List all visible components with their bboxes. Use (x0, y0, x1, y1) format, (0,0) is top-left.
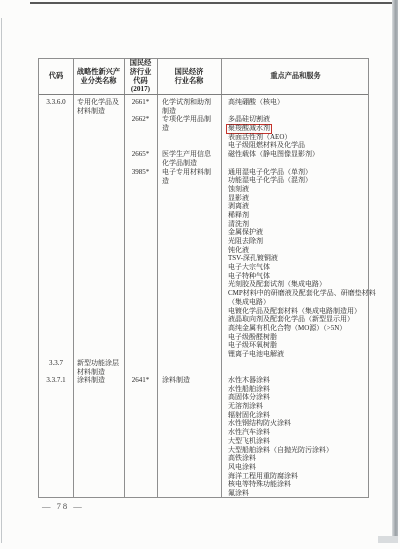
product-text: 水性钢结构防火涂料 (228, 419, 291, 427)
product-line: 聚羧酸减水剂 (228, 124, 370, 133)
header-category: 战略性新兴产 业分类名称 (73, 59, 124, 94)
product-line: TSV-深孔镀铜液 (228, 254, 370, 263)
product-line: 电子级环氧树脂 (228, 341, 370, 350)
product-text: 氟涂料 (228, 489, 249, 497)
cell-name-3360: 专用化学品及 材料制造 (77, 98, 124, 115)
product-line: 金属保护液 (228, 228, 370, 237)
product-text: 稀释剂 (228, 211, 249, 219)
product-line: 液晶取向剂及配套化学品（新型显示用） (228, 315, 370, 324)
product-text: 表面活性剂（AEO） (228, 133, 291, 141)
cell-icode-2641: 2641* (124, 376, 157, 385)
product-line: 光阻去除剂 (228, 237, 370, 246)
cell-code-3360: 3.3.6.0 (39, 98, 73, 107)
product-text: 水性汽车涂料 (228, 428, 270, 436)
cell-iname-2661: 化学试剂和助剂 制造 (162, 98, 220, 115)
cell-iname-2665: 医学生产用信息 化学品制造 (162, 150, 220, 167)
product-line: 多晶硅切割液 (228, 115, 370, 124)
product-line: 剥离液 (228, 202, 370, 211)
table-column-divider (157, 59, 158, 497)
product-line: 电子大宗气体 (228, 263, 370, 272)
cell-name-3371: 涂料制造 (77, 376, 124, 385)
product-line: 大型船舶涂料（自抛光防污涂料） (228, 446, 370, 455)
table-column-divider (221, 59, 222, 497)
product-text: 光刻胶及配套试剂（集成电路） (228, 280, 326, 288)
header-economy-code: 国民经 济行业 代码 (2017) (124, 59, 157, 94)
product-line: 蚀刻液 (228, 185, 370, 194)
table-column-divider (73, 59, 74, 497)
product-text: TSV-深孔镀铜液 (228, 254, 278, 262)
product-text: 电子特种气体 (228, 272, 270, 280)
product-text: 电子大宗气体 (228, 263, 270, 271)
header-products: 重点产品和服务 (221, 59, 370, 94)
table-column-divider (124, 59, 125, 497)
product-line: 电子级阻燃材料及化学品 (228, 141, 370, 150)
page-number: — 78 — (42, 501, 84, 511)
product-line: 电镀化学品及配套材料（集成电路制造用） (228, 307, 370, 316)
product-text: 电子级酚醛树脂 (228, 333, 277, 341)
product-line: 高固体分涂料 (228, 393, 370, 402)
scan-edge-top (30, 2, 396, 4)
product-text: 电镀化学品及配套材料（集成电路制造用） (228, 307, 361, 315)
product-text: 高铁涂料 (228, 454, 256, 462)
product-line: 高纯金属有机化合物（MO源）（>5N） (228, 324, 370, 333)
product-text: 液晶取向剂及配套化学品（新型显示用） (228, 315, 354, 323)
product-text: 锂离子电池电解液 (228, 350, 284, 358)
product-text: 辐射固化涂料 (228, 411, 270, 419)
product-text: 核电等特殊功能涂料 (228, 480, 291, 488)
product-text: 钝化液 (228, 246, 249, 254)
product-text: CMP材料中的研磨液及配套化学品、研磨垫材料 (228, 289, 376, 297)
cell-iname-2662: 专项化学用品制 造 (162, 115, 220, 132)
product-text: （集成电路） (228, 298, 270, 306)
product-line: 水性钢结构防火涂料 (228, 419, 370, 428)
product-line: 风电涂料 (228, 463, 370, 472)
product-text: 金属保护液 (228, 228, 263, 236)
product-line: 锂离子电池电解液 (228, 350, 370, 359)
product-text: 水性船舶涂料 (228, 385, 270, 393)
product-text: 剥离液 (228, 202, 249, 210)
scanned-document-page: 代码 战略性新兴产 业分类名称 国民经 济行业 代码 (2017) 国民经济 行… (0, 0, 400, 549)
product-line (228, 159, 370, 168)
product-text: 磁性载体（静电图像显影剂） (228, 150, 319, 158)
product-line (228, 359, 370, 368)
product-text: 蚀刻液 (228, 185, 249, 193)
product-text: 高纯金属有机化合物（MO源）（>5N） (228, 324, 346, 332)
product-text: 海洋工程用重防腐涂料 (228, 472, 298, 480)
product-line: 水性木器涂料 (228, 376, 370, 385)
product-line: 电子级酚醛树脂 (228, 333, 370, 342)
cell-icode-2661: 2661* (124, 98, 157, 107)
product-line: 磁性载体（静电图像显影剂） (228, 150, 370, 159)
product-text: 清洗剂 (228, 220, 249, 228)
product-line: 核电等特殊功能涂料 (228, 480, 370, 489)
cell-icode-2662: 2662* (124, 115, 157, 124)
product-text: 无溶剂涂料 (228, 402, 263, 410)
product-line: 大型飞机涂料 (228, 437, 370, 446)
product-line: CMP材料中的研磨液及配套化学品、研磨垫材料 (228, 289, 370, 298)
product-text: 大型船舶涂料（自抛光防污涂料） (228, 446, 333, 454)
product-line: 氟涂料 (228, 489, 370, 498)
product-text: 电子级环氧树脂 (228, 341, 277, 349)
product-text: 高固体分涂料 (228, 393, 270, 401)
cell-code-3371: 3.3.7.1 (39, 376, 73, 385)
header-economy-name: 国民经济 行业名称 (157, 59, 221, 94)
cell-name-337: 新型功能涂层 材料制造 (77, 359, 124, 376)
product-line: 清洗剂 (228, 220, 370, 229)
product-line: 高纯硼酸（核电） (228, 98, 370, 107)
cell-icode-3985: 3985* (124, 168, 157, 177)
product-line: 无溶剂涂料 (228, 402, 370, 411)
product-text: 大型飞机涂料 (228, 437, 270, 445)
product-text: 水性木器涂料 (228, 376, 270, 384)
cell-code-337: 3.3.7 (39, 359, 73, 368)
cell-iname-3985: 电子专用材料制 造 (162, 168, 220, 185)
product-text: 高纯硼酸（核电） (228, 98, 284, 106)
product-line: 水性汽车涂料 (228, 428, 370, 437)
cell-iname-2641: 涂料制造 (162, 376, 220, 385)
product-line (228, 367, 370, 376)
product-text: 显影液 (228, 194, 249, 202)
product-text: 多晶硅切割液 (228, 115, 270, 123)
product-text: 电子级阻燃材料及化学品 (228, 141, 305, 149)
cell-icode-2665: 2665* (124, 150, 157, 159)
product-line: 功能湿电子化学品（混剂） (228, 176, 370, 185)
product-line: 高铁涂料 (228, 454, 370, 463)
table-header-divider (39, 94, 368, 95)
product-text: 功能湿电子化学品（混剂） (228, 176, 312, 184)
product-text: 通用湿电子化学品（单剂） (228, 168, 312, 176)
product-line: 显影液 (228, 194, 370, 203)
scan-edge-right (392, 0, 398, 540)
product-text: 光阻去除剂 (228, 237, 263, 245)
product-line: 稀释剂 (228, 211, 370, 220)
scan-edge-left (1, 18, 2, 543)
header-code: 代码 (39, 59, 73, 94)
products-list: 高纯硼酸（核电）多晶硅切割液聚羧酸减水剂表面活性剂（AEO）电子级阻燃材料及化学… (228, 98, 370, 498)
product-line: 光刻胶及配套试剂（集成电路） (228, 280, 370, 289)
product-text: 风电涂料 (228, 463, 256, 471)
product-line: 通用湿电子化学品（单剂） (228, 168, 370, 177)
product-line: （集成电路） (228, 298, 370, 307)
product-line: 海洋工程用重防腐涂料 (228, 472, 370, 481)
scan-edge-corner (378, 536, 398, 543)
classification-table: 代码 战略性新兴产 业分类名称 国民经 济行业 代码 (2017) 国民经济 行… (38, 58, 369, 498)
